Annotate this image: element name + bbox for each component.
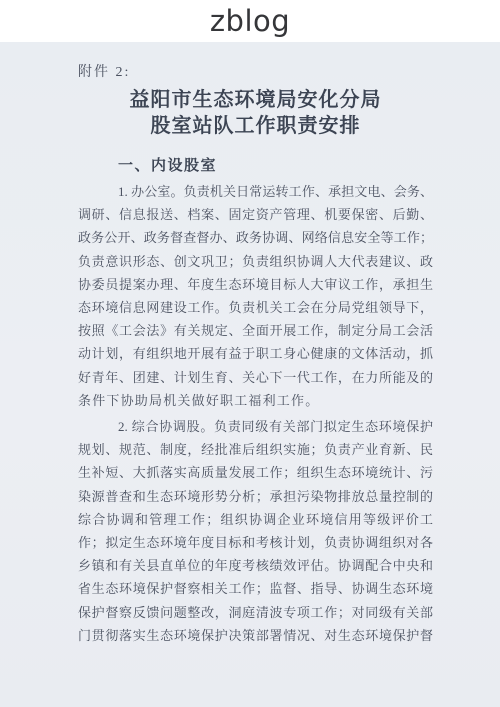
document-line: 省生态环境保护督察相关工作；监督、指导、协调生态环境 — [78, 577, 433, 600]
document-line: 1. 办公室。负责机关日常运转工作、承担文电、会务、 — [78, 180, 433, 203]
document-title-line2: 股室站队工作职责安排 — [78, 113, 433, 139]
document-line: 态环境信息网建设工作。负责机关工会在分局党组领导下， — [78, 296, 433, 319]
document-line: 保护督察反馈问题整改，洞庭清波专项工作；对同级有关部 — [78, 601, 433, 624]
document-line: 乡镇和有关县直单位的年度考核绩效评估。协调配合中央和 — [78, 554, 433, 577]
document-body: 1. 办公室。负责机关日常运转工作、承担文电、会务、调研、信息报送、档案、固定资… — [78, 180, 433, 647]
section-heading: 一、内设股室 — [78, 155, 433, 178]
site-logo[interactable]: zblog — [210, 7, 290, 36]
document-title: 益阳市生态环境局安化分局 股室站队工作职责安排 — [78, 87, 433, 139]
document-line: 作；拟定生态环境年度目标和考核计划，负责协调组织对各 — [78, 531, 433, 554]
document-line: 2. 综合协调股。负责同级有关部门拟定生态环境保护 — [78, 415, 433, 438]
page: zblog 附件 2: 益阳市生态环境局安化分局 股室站队工作职责安排 一、内设… — [0, 0, 500, 707]
document-line: 染源普查和生态环境形势分析；承担污染物排放总量控制的 — [78, 485, 433, 508]
document-line: 按照《工会法》有关规定、全面开展工作，制定分局工会活 — [78, 319, 433, 342]
document-line: 生补短、大抓落实高质量发展工作；组织生态环境统计、污 — [78, 461, 433, 484]
document-line: 负责意识形态、创文巩卫；负责组织协调人大代表建议、政 — [78, 250, 433, 273]
document-line: 规划、规范、制度，经批准后组织实施；负责产业育新、民 — [78, 438, 433, 461]
document-title-line1: 益阳市生态环境局安化分局 — [78, 87, 433, 113]
document-line: 综合协调和管理工作；组织协调企业环境信用等级评价工 — [78, 508, 433, 531]
document-line: 门贯彻落实生态环境保护决策部署情况、对生态环境保护督 — [78, 624, 433, 647]
document-line: 调研、信息报送、档案、固定资产管理、机要保密、后勤、 — [78, 203, 433, 226]
scanned-document: 附件 2: 益阳市生态环境局安化分局 股室站队工作职责安排 一、内设股室 1. … — [0, 42, 500, 707]
document-line: 政务公开、政务督查督办、政务协调、网络信息安全等工作； — [78, 226, 433, 249]
attachment-label: 附件 2: — [78, 63, 433, 83]
site-header: zblog — [0, 0, 500, 42]
document-line: 协委员提案办理、年度生态环境目标人大审议工作，承担生 — [78, 273, 433, 296]
document-line: 条件下协助局机关做好职工福利工作。 — [78, 389, 433, 412]
document-line: 好青年、团建、计划生育、关心下一代工作，在力所能及的 — [78, 366, 433, 389]
document-line: 动计划，有组织地开展有益于职工身心健康的文体活动，抓 — [78, 342, 433, 365]
